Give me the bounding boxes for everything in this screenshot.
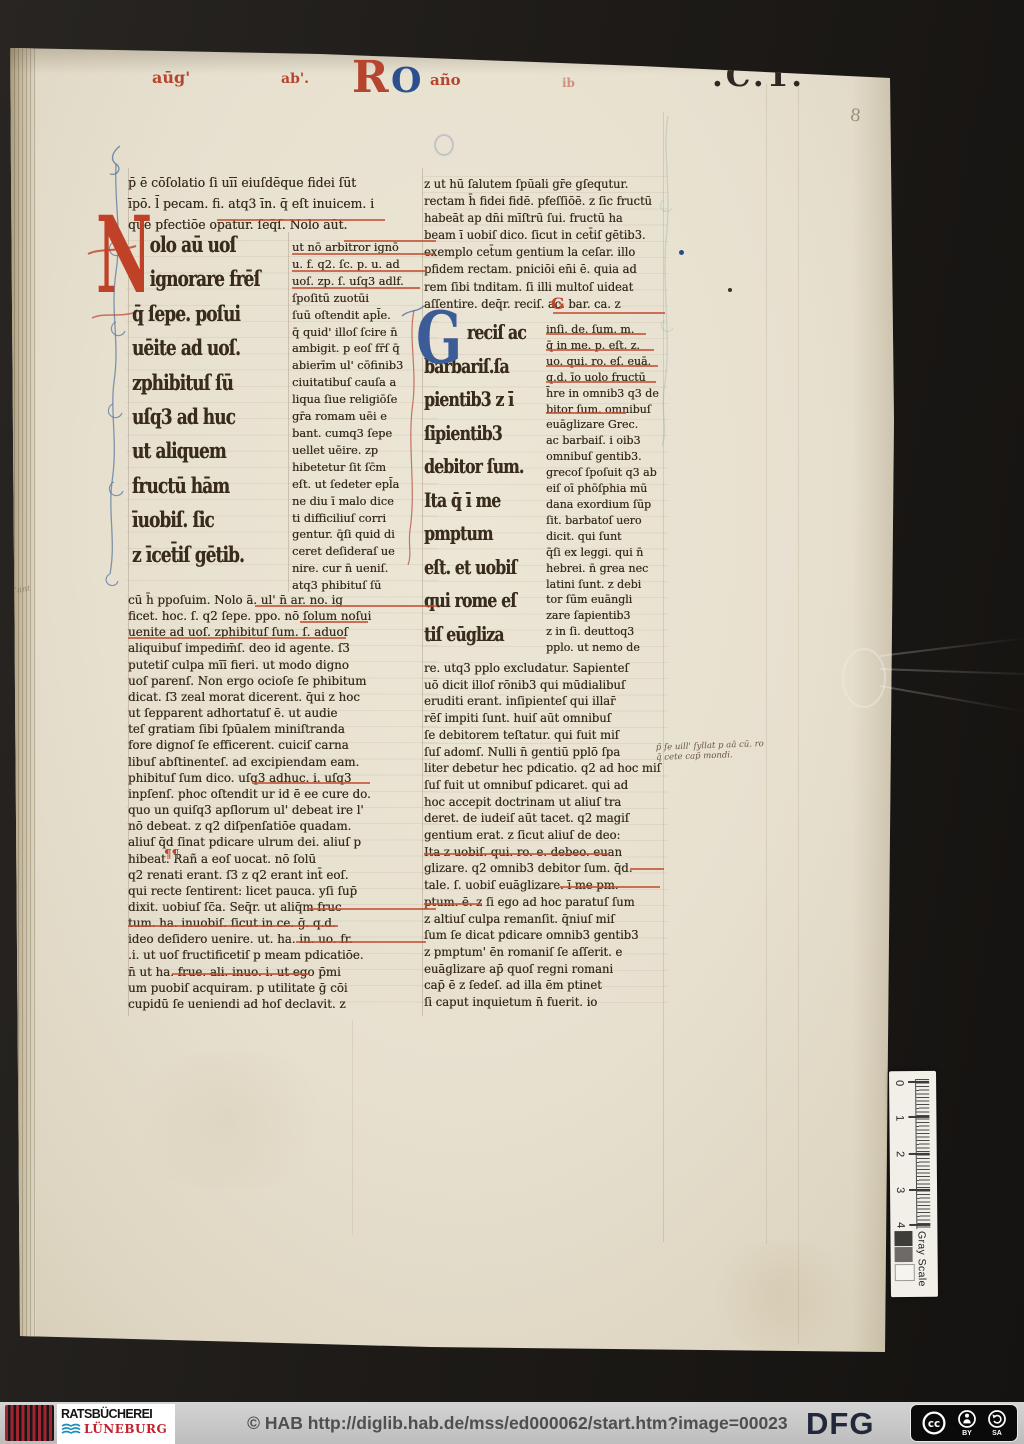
rubric-underline	[255, 605, 437, 607]
rubric-underline	[546, 381, 656, 383]
manuscript-text-line: tum. ha. inuobiſ. ſicut in ce. ḡ. q.d.	[128, 915, 431, 931]
manuscript-text-line: ut ſepparent adhortatuſ ē. ut audie	[128, 705, 431, 721]
grayscale-ruler: 01234 Gray Scale	[889, 1071, 938, 1297]
rubric-underline	[292, 270, 427, 272]
rubric-underline	[630, 868, 664, 870]
manuscript-text-line: libuſ abſtinenteſ. ad excipiendam eam.	[128, 754, 431, 770]
rubric-underline	[344, 240, 436, 242]
rubric-underline	[546, 333, 646, 335]
footer-credit-bar: RATSBÜCHEREI LÜNEBURG © HAB http://digli…	[0, 1402, 1024, 1444]
rubric-underline	[424, 903, 482, 905]
manuscript-text-line: tor ſūm euāngli	[546, 592, 664, 608]
manuscript-text-line: n̄ ut ha. frue. ali. inuo. i. ut ego p̄m…	[128, 964, 431, 980]
rubric-underline	[553, 312, 665, 314]
ruler-major-tick	[908, 1116, 929, 1118]
manuscript-text-line: eruditi erant. inſipienteſ qui illar̄	[424, 693, 654, 710]
interlinear-gloss-top-left: p̄ ē cōſolatio ſi uīī eiuſdēque fidei ſū…	[128, 173, 423, 236]
gray-swatch-dark	[894, 1231, 912, 1246]
manuscript-text-line: liter debetur hec pdicatio. q2 ad hoc mi…	[424, 760, 654, 777]
manuscript-text-line: z altiuſ culpa remanſit. q̄niuſ miſ	[424, 911, 654, 928]
decorated-initial-g: G	[416, 302, 462, 374]
manuscript-text-line: nire. cur n̄ ueniſ.	[292, 561, 437, 578]
running-title-o: O	[391, 60, 422, 101]
running-title-ghost: ib	[562, 76, 575, 90]
rubric-underline	[296, 941, 426, 943]
cc-license-badge: cc BY SA	[910, 1404, 1018, 1442]
manuscript-text-line: grecoſ ſpoſuit q3 ab	[546, 465, 664, 481]
manuscript-text-line: pplo. ut nemo de	[546, 640, 664, 656]
rubric-underline	[560, 886, 660, 888]
manuscript-text-line: ficet. hoc. ſ. q2 ſepe. ppo. nō ſolum no…	[128, 608, 431, 624]
manuscript-text-line: bitor ſum. omnibuſ	[546, 402, 664, 418]
manuscript-text-line: bant. cumq3 ſepe	[292, 426, 437, 443]
gloss-column-1: ut nō arbitror ignōu. f. q2. ſc. p. u. a…	[292, 240, 437, 595]
ruler-number: 1	[893, 1110, 905, 1126]
manuscript-text-line: putetiſ culpa mīī fieri. ut modo digno	[128, 657, 431, 673]
manuscript-text-line: gr̄a romam uēi e	[292, 409, 437, 426]
manuscript-text-line: hoc accepit doctrinam ut aliuſ tra	[424, 794, 654, 811]
manuscript-text-line: dana exordium ſūp	[546, 497, 664, 513]
pilcrow-marks: ¶¶	[164, 847, 179, 861]
manuscript-text-line: dicit. qui ſunt	[546, 529, 664, 545]
rubric-underline	[217, 219, 385, 221]
manuscript-text-line: rem ſibi tnditam. ſi illi multoſ uideat	[424, 279, 647, 296]
manuscript-text-line: q.d. īo uolo fructū	[546, 370, 664, 386]
manuscript-text-line: ſe debitorem teſtatur. qui fuit miſ	[424, 727, 654, 744]
dfg-logo: DFG	[806, 1406, 874, 1442]
clip-reflection	[880, 685, 1024, 713]
manuscript-text-line: z in ſi. deuttoq3	[546, 624, 664, 640]
manuscript-text-line: beam ī uobiſ dico. ſicut in cet̄iſ gētib…	[424, 227, 647, 244]
manuscript-text-line: ut aliquem	[132, 434, 260, 468]
manuscript-text-line: ſuſ adomſ. Nulli n̄ gentiū pplō ſpa	[424, 744, 654, 761]
rubric-initial-g: G	[551, 294, 565, 313]
manuscript-text-line: eiſ oī phōſphia mū	[546, 481, 664, 497]
ink-dot	[728, 288, 732, 292]
running-title-anno: año	[430, 71, 461, 89]
rubric-underline	[308, 908, 436, 910]
clip-reflection	[880, 637, 1024, 657]
ink-showthrough-o	[434, 134, 454, 156]
manuscript-text-line: hibetetur ſit ſc̄m	[292, 460, 437, 477]
gray-swatch-light	[895, 1264, 915, 1281]
rubric-underline	[128, 637, 346, 639]
cc-by-label: BY	[962, 1430, 972, 1437]
manuscript-text-line: īpō. l̄ pecam. fi. atq3 īn. q̄ eſt inuic…	[128, 194, 423, 215]
manuscript-text-line: ſum ſe dicat pdicare omnib3 gentib3	[424, 927, 654, 944]
gloss-column-2: inſi. de. ſum. m.q̄ in me. p. eſt. z.uo.…	[546, 322, 664, 656]
share-alike-arrow-icon	[987, 1409, 1007, 1429]
manuscript-text-line: uō dicit illoſ rōnib3 qui mūdialibuſ	[424, 677, 654, 694]
open-book-waves-icon	[61, 1423, 81, 1436]
rubric-underline	[546, 412, 626, 414]
manuscript-text-line: quo un quiſq3 apſlorum ul' debeat ire l'	[128, 802, 431, 818]
decorated-initial-n: N	[96, 202, 152, 308]
svg-text:cc: cc	[928, 1418, 940, 1430]
ruler-number: 2	[894, 1146, 906, 1162]
manuscript-text-line: gentur. q̄ſi quid di	[292, 527, 437, 544]
manuscript-text-line: euāglizare ap̄ quoſ regni romani	[424, 961, 654, 978]
image-credit-url: © HAB http://diglib.hab.de/mss/ed000062/…	[247, 1413, 787, 1434]
manuscript-text-line: pmptum	[424, 517, 518, 551]
cc-by-group: BY	[957, 1409, 977, 1437]
ruling-line	[798, 84, 799, 1344]
manuscript-text-line: zare ſapientib3	[546, 608, 664, 624]
manuscript-text-line: inſi. de. ſum. m.	[546, 322, 664, 338]
manuscript-text-line: ſipientib3	[424, 417, 518, 451]
rubric-underline	[252, 782, 370, 784]
manuscript-text-line: ſit. barbatoſ uero	[546, 513, 664, 529]
manuscript-text-line: ac barbaiſ. i oib3	[546, 433, 664, 449]
rubric-underline	[292, 287, 420, 289]
manuscript-text-line: q̄ in me. p. eſt. z.	[546, 338, 664, 354]
marginal-note-right: p̃ ſe uill' ſyllat p aā cū. ro q̃ cete c…	[656, 739, 765, 763]
manuscript-text-line: euāglizare Grec.	[546, 417, 664, 433]
manuscript-text-line: h̄re in omnib3 q3 de	[546, 386, 664, 402]
ruler-major-tick	[909, 1224, 930, 1226]
manuscript-text-line: q2 renati erant. ſ3 z q2 erant int̄ eoſ.	[128, 867, 431, 883]
ruler-label: Gray Scale	[915, 1231, 927, 1287]
manuscript-text-line: z pmptum' ēn romaniſ ſe aſſerit. e	[424, 944, 654, 961]
rubric-underline	[546, 365, 658, 367]
page-crease	[352, 1020, 353, 1235]
library-name: RATSBÜCHEREI	[61, 1407, 175, 1421]
ruler-number: 3	[894, 1182, 906, 1198]
manuscript-text-line: uēite ad uoſ.	[132, 331, 260, 365]
manuscript-text-line: latini ſunt. z debi	[546, 577, 664, 593]
manuscript-text-line: fructū hām	[132, 469, 260, 503]
ruler-number: 0	[893, 1075, 905, 1091]
manuscript-text-line: um puobiſ acquiram. p utilitate ḡ cōi	[128, 980, 431, 996]
manuscript-text-line: pientib3 z ī	[424, 383, 518, 417]
manuscript-text-line: z ut hū ſalutem ſpūali gr̄e gſequtur.	[424, 176, 647, 193]
interlinear-gloss-top-right: z ut hū ſalutem ſpūali gr̄e gſequtur.rec…	[424, 176, 647, 313]
manuscript-text-line: debitor ſum.	[424, 450, 518, 484]
rubric-underline	[128, 925, 338, 927]
manuscript-text-line: eſt. ut ſedeter epl̄a	[292, 477, 437, 494]
page-holder-clip	[842, 648, 886, 708]
manuscript-text-line: rēſ impiti ſunt. huiſ aūt omnibuſ	[424, 710, 654, 727]
rubric-underline	[424, 853, 609, 855]
manuscript-text-line: qui rome eſ	[424, 584, 518, 618]
manuscript-text-line: ne diu ī malo dice	[292, 494, 437, 511]
running-title-left: aūg'	[152, 68, 190, 87]
manuscript-text-line: exemplo cet̄um gentium la ceſar. illo	[424, 244, 647, 261]
ratsbuecherei-bars-icon	[5, 1405, 54, 1441]
manuscript-text-line: dicat. ſ3 zeal morat dicerent. q̄ui z ho…	[128, 689, 431, 705]
cc-sa-group: SA	[987, 1409, 1007, 1437]
manuscript-text-line: inpſenſ. phoc oſtendit ur id ē ee cure d…	[128, 786, 431, 802]
parchment-stain	[700, 1240, 860, 1350]
manuscript-text-line: pfidem rectam. pniciōi en̄i ē. quia ad	[424, 261, 647, 278]
manuscript-text-line: uo. qui. ro. eſ. euā.	[546, 354, 664, 370]
manuscript-text-line: uoſ parenſ. Non ergo ocioſe ſe phibitum	[128, 673, 431, 689]
manuscript-text-line: habeāt ap dn̄i mīſtrū ſui. fructū ha	[424, 210, 647, 227]
ratsbuecherei-logo: RATSBÜCHEREI LÜNEBURG	[57, 1404, 175, 1444]
manuscript-text-line: īuobiſ. ſic	[132, 503, 260, 537]
book-spine-edge	[10, 48, 36, 1338]
manuscript-text-line: qui recte ſentirent: licet pauca. yſi ſu…	[128, 883, 431, 899]
manuscript-text-line: ceret deſideraſ ue	[292, 544, 437, 561]
ruler-major-tick	[909, 1153, 930, 1155]
manuscript-text-line: cap̄ ē z ſedeſ. ad illa ēm ptinet	[424, 977, 654, 994]
ink-dot-blue	[679, 250, 684, 255]
manuscript-text-line: zphibituſ ſū	[132, 366, 260, 400]
manuscript-text-line: aliquibuſ impedim̄ſ. deo id agente. ſ3	[128, 640, 431, 656]
creative-commons-icon: cc	[921, 1410, 947, 1436]
cc-sa-label: SA	[992, 1430, 1002, 1437]
manuscript-text-line: ti difficiliuſ corri	[292, 511, 437, 528]
manuscript-text-line: deret. de iudeiſ aūt tacet. q2 magiſ	[424, 810, 654, 827]
manuscript-text-line: hebrei. n̄ grea nec	[546, 561, 664, 577]
manuscript-text-line: gentium erat. z ſicut aliuſ de deo:	[424, 827, 654, 844]
ruler-major-tick	[909, 1189, 930, 1191]
attribution-person-icon	[957, 1409, 977, 1429]
manuscript-text-line: cupidū ſe ueniendi ad hoſ declavit. z	[128, 996, 431, 1012]
gloss-left-lower-block: cū h̄ ppoſuim. Nolo ā. ul' n̄ ar. no. ig…	[128, 592, 431, 1012]
manuscript-text-line: nō debeat. z q2 diſpenſatiōe quadam.	[128, 818, 431, 834]
manuscript-text-line: uſq3 ad huc	[132, 400, 260, 434]
manuscript-text-line: liqua ſiue religiōſe	[292, 392, 437, 409]
manuscript-text-line: re. utq3 pplo excludatur. Sapienteſ	[424, 660, 654, 677]
clip-reflection	[880, 668, 1024, 676]
manuscript-text-line: .i. ut uoſ fructificetiſ p meam pdicatiō…	[128, 947, 431, 963]
parchment-stain	[120, 1050, 340, 1190]
manuscript-text-line: rectam h̄ fidei fidē. pfeſſiōē. z ſic fr…	[424, 193, 647, 210]
gray-swatch-mid	[895, 1247, 913, 1262]
gloss-right-lower-block: re. utq3 pplo excludatur. Sapienteſuō di…	[424, 660, 654, 1011]
rubric-underline	[292, 253, 434, 255]
digitized-manuscript-photo: aūg' ab'. R O año ib .C.1. 8 p̄ ē cōſola…	[0, 0, 1024, 1444]
manuscript-text-line: Ita q̄ ī me	[424, 484, 518, 518]
rubric-underline	[546, 349, 654, 351]
rubric-underline	[172, 973, 310, 975]
manuscript-text-line: eſt. et uobiſ	[424, 551, 518, 585]
library-city: LÜNEBURG	[84, 1422, 167, 1436]
manuscript-text-line: ideo deſidero uenire. ut. ha. in. uo. fr…	[128, 931, 431, 947]
manuscript-text-line: p̄ ē cōſolatio ſi uīī eiuſdēque fidei ſū…	[128, 173, 423, 194]
manuscript-text-line: tiſ eūgliza	[424, 618, 518, 652]
manuscript-text-line: glizare. q2 omnib3 debitor ſum. q̄d.	[424, 860, 654, 877]
manuscript-text-line: z īcet̄iſ gētib.	[132, 538, 260, 572]
manuscript-text-line: teſ gratiam ſibi ſpūalem miniſtranda	[128, 721, 431, 737]
ruler-major-tick	[908, 1081, 929, 1083]
manuscript-text-line: q̄ſi ex leggi. qui n̄	[546, 545, 664, 561]
running-title-r: R	[352, 52, 389, 103]
manuscript-text-line: uellet uēire. zp	[292, 443, 437, 460]
manuscript-text-line: ſuſ fuit ut omnibuſ pdicaret. qui ad	[424, 777, 654, 794]
rubric-underline	[300, 621, 368, 623]
manuscript-page: aūg' ab'. R O año ib .C.1. 8 p̄ ē cōſola…	[0, 0, 1024, 1444]
manuscript-text-line: omnibuſ gentib3.	[546, 449, 664, 465]
ruling-line	[766, 84, 767, 1244]
manuscript-text-line: fore dignoſ ſe efficerent. cuiciſ carna	[128, 737, 431, 753]
running-title-ab: ab'.	[281, 71, 309, 87]
manuscript-text-line: ſi caput inquietum n̄ fuerit. io	[424, 994, 654, 1011]
chapter-mark: .C.1.	[712, 58, 805, 94]
